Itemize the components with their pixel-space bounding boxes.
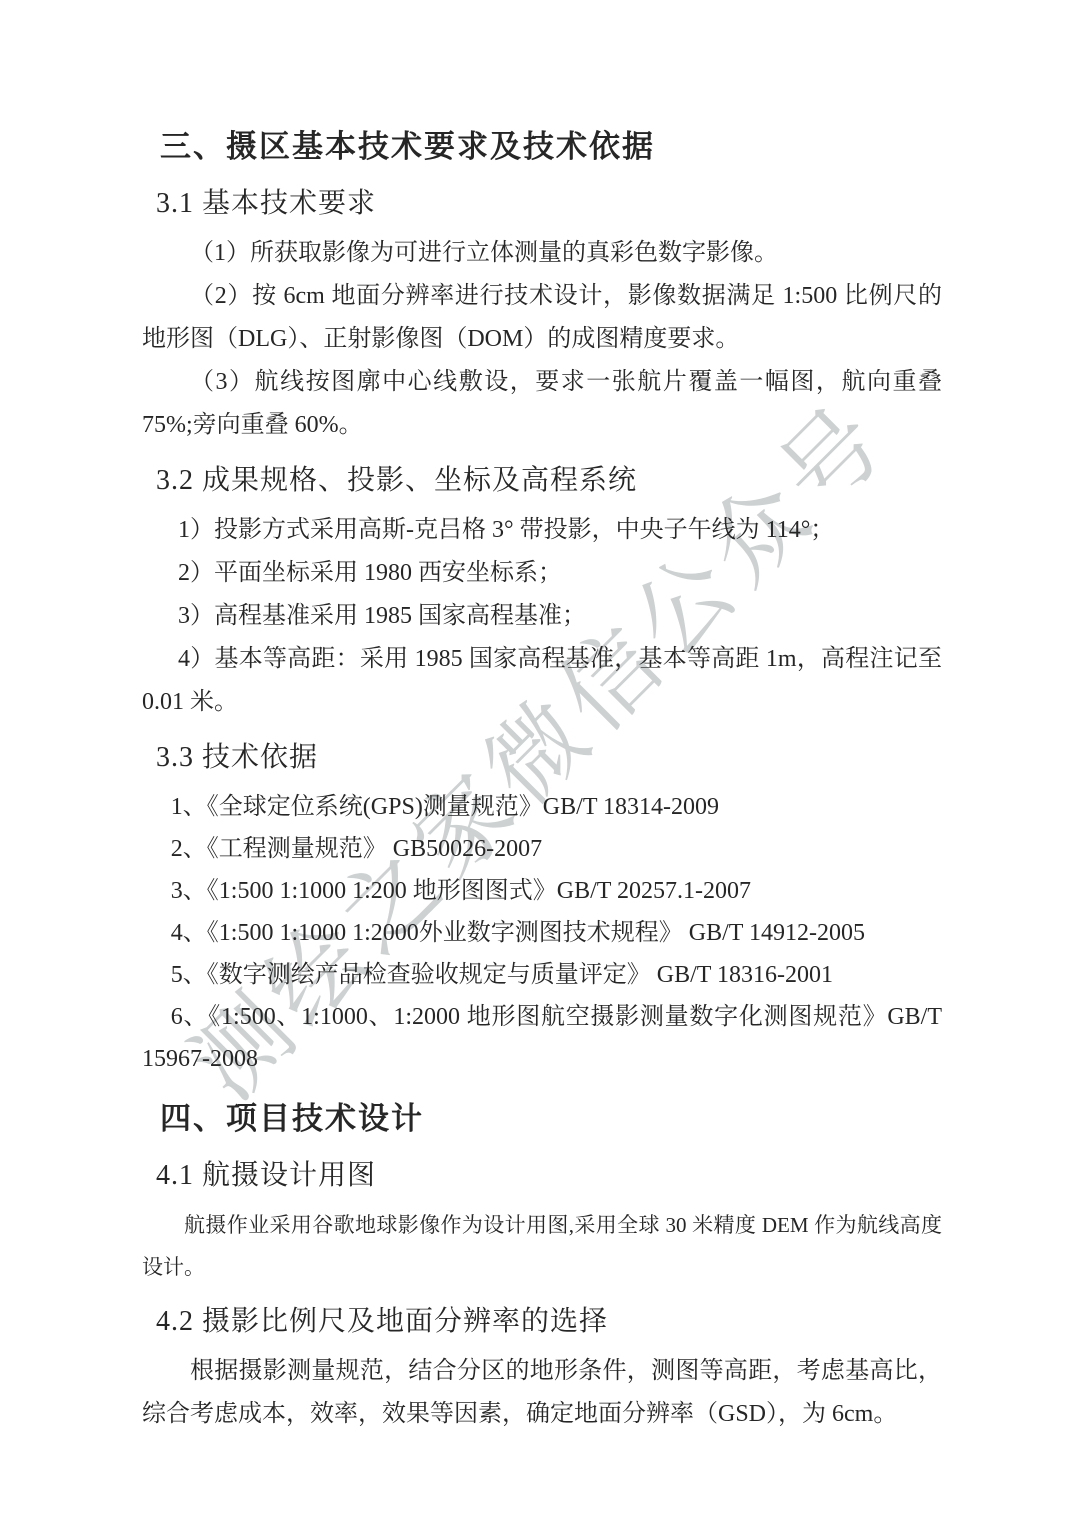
reference-item-2: 2、《工程测量规范》 GB50026-2007 <box>142 828 942 870</box>
section-3-1-paragraph-3: （3）航线按图廓中心线敷设，要求一张航片覆盖一幅图，航向重叠 75%;旁向重叠 … <box>142 361 942 447</box>
section-3-2-item-4: 4）基本等高距：采用 1985 国家高程基准，基本等高距 1m，高程注记至 0.… <box>142 638 942 724</box>
section-3-2-item-1: 1）投影方式采用高斯-克吕格 3° 带投影，中央子午线为 114°； <box>142 509 942 552</box>
section-3-1-heading: 3.1 基本技术要求 <box>142 182 942 226</box>
section-3-1-paragraph-1: （1）所获取影像为可进行立体测量的真彩色数字影像。 <box>142 232 942 275</box>
chapter-4-heading: 四、项目技术设计 <box>142 1096 942 1142</box>
section-4-2-paragraph: 根据摄影测量规范，结合分区的地形条件，测图等高距，考虑基高比，综合考虑成本，效率… <box>142 1350 942 1436</box>
section-3-2-heading: 3.2 成果规格、投影、坐标及高程系统 <box>142 459 942 503</box>
chapter-3-heading: 三、摄区基本技术要求及技术依据 <box>142 124 942 170</box>
document-content: 三、摄区基本技术要求及技术依据 3.1 基本技术要求 （1）所获取影像为可进行立… <box>0 0 1080 1436</box>
reference-item-6: 6、《1:500、1:1000、1:2000 地形图航空摄影测量数字化测图规范》… <box>142 996 942 1080</box>
document-page: 测绘之家微信公众号 三、摄区基本技术要求及技术依据 3.1 基本技术要求 （1）… <box>0 0 1080 1528</box>
section-3-3-heading: 3.3 技术依据 <box>142 736 942 780</box>
section-3-2-item-3: 3）高程基准采用 1985 国家高程基准； <box>142 595 942 638</box>
reference-item-1: 1、《全球定位系统(GPS)测量规范》GB/T 18314-2009 <box>142 786 942 828</box>
section-4-1-heading: 4.1 航摄设计用图 <box>142 1154 942 1198</box>
section-4-2-heading: 4.2 摄影比例尺及地面分辨率的选择 <box>142 1300 942 1344</box>
reference-item-4: 4、《1:500 1:1000 1:2000外业数字测图技术规程》 GB/T 1… <box>142 912 942 954</box>
reference-item-5: 5、《数字测绘产品检查验收规定与质量评定》 GB/T 18316-2001 <box>142 954 942 996</box>
section-4-1-paragraph: 航摄作业采用谷歌地球影像作为设计用图,采用全球 30 米精度 DEM 作为航线高… <box>142 1204 942 1288</box>
section-3-2-item-2: 2）平面坐标采用 1980 西安坐标系； <box>142 552 942 595</box>
section-3-1-paragraph-2: （2）按 6cm 地面分辨率进行技术设计，影像数据满足 1:500 比例尺的地形… <box>142 275 942 361</box>
reference-item-3: 3、《1:500 1:1000 1:200 地形图图式》GB/T 20257.1… <box>142 870 942 912</box>
